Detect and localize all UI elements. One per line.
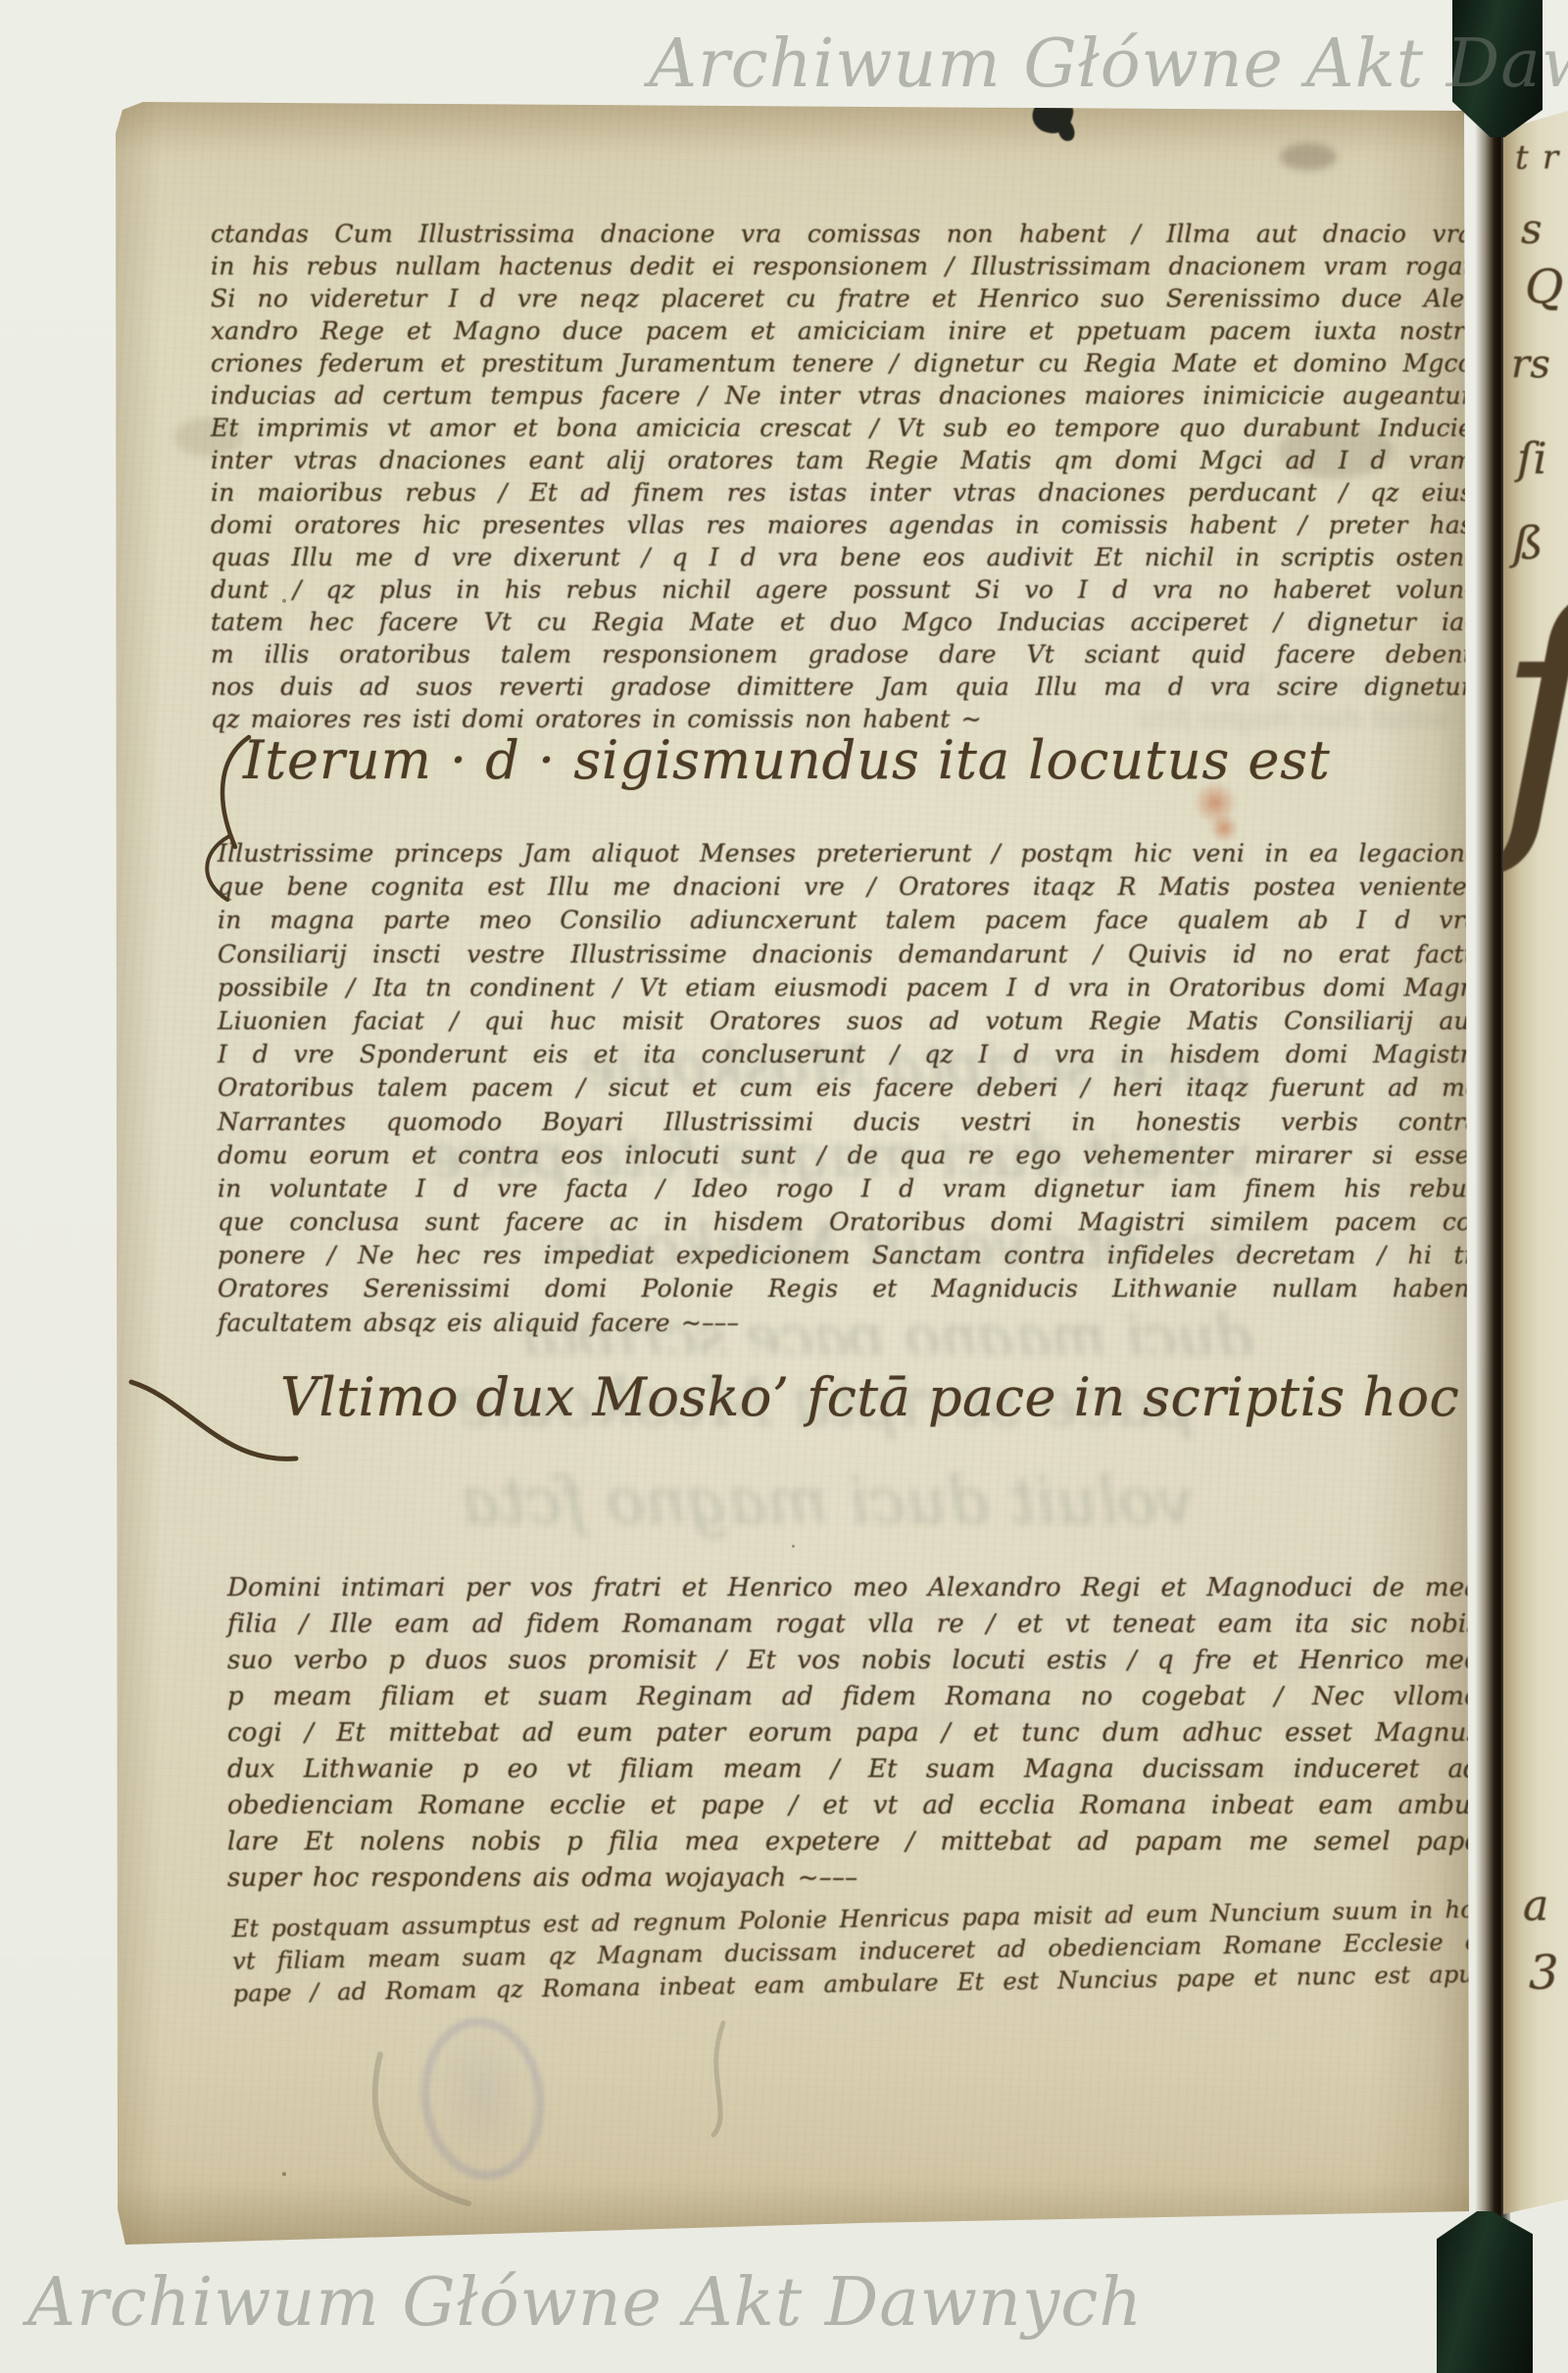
- smudge: [1280, 143, 1337, 171]
- manuscript-line: in voluntate I d vre facta / Ideo rogo I…: [218, 1172, 1480, 1206]
- speck: [792, 1545, 795, 1548]
- pen-stroke-fragment: rs: [1511, 342, 1550, 387]
- manuscript-line: I d vre Sponderunt eis et ita concluseru…: [218, 1038, 1480, 1071]
- pen-stroke-fragment: ſ: [1503, 542, 1568, 884]
- paper-top-edge-shade: [116, 94, 1487, 153]
- manuscript-line: criones federum et prestitum Juramentum …: [211, 347, 1473, 379]
- manuscript-line: in maioribus rebus / Et ad finem res ist…: [211, 476, 1473, 509]
- manuscript-line: inducias ad certum tempus facere / Ne in…: [211, 379, 1473, 412]
- facing-page-edge: t rsQrsſißſa3: [1503, 111, 1568, 2214]
- manuscript-line: filia / Ille eam ad fidem Romanam rogat …: [227, 1607, 1480, 1643]
- manuscript-line: facultatem absqz eis aliquid facere ~–––: [218, 1307, 1480, 1340]
- manuscript-line: cogi / Et mittebat ad eum pater eorum pa…: [227, 1715, 1480, 1752]
- manuscript-line: p meam filiam et suam Reginam ad fidem R…: [227, 1679, 1480, 1715]
- margin-bracket-flourish: [194, 833, 235, 904]
- manuscript-line: m illis oratoribus talem responsionem gr…: [211, 638, 1473, 670]
- archive-watermark-top: Archiwum Główne Akt Dawnych: [649, 25, 1568, 103]
- pen-stroke-fragment: Q: [1525, 260, 1564, 315]
- pen-stroke-fragment: 3: [1529, 1946, 1559, 2001]
- paragraph-block-1: ctandas Cum Illustrissima dnacione vra c…: [211, 218, 1473, 735]
- archive-watermark-bottom: Archiwum Główne Akt Dawnych: [27, 2264, 1143, 2342]
- paper-bottom-edge-shade: [116, 2180, 1487, 2249]
- manuscript-line: tatem hec facere Vt cu Regia Mate et duo…: [211, 606, 1473, 638]
- pen-stroke-fragment: t r: [1515, 138, 1558, 177]
- paper-left-edge-shade: [116, 94, 161, 2249]
- section-heading-ultimo: Vltimo dux Mosko’ fctā pace in scriptis …: [280, 1366, 1568, 1428]
- section-heading-iterum: Iterum · d · sigismundus ita locutus est: [243, 729, 1331, 791]
- manuscript-line: possibile / Ita tn condinent / Vt etiam …: [218, 971, 1480, 1005]
- manuscript-line: Domini intimari per vos fratri et Henric…: [227, 1570, 1480, 1607]
- manuscript-line: Liuonien faciat / qui huc misit Oratores…: [218, 1005, 1480, 1038]
- manuscript-line: Si no videretur I d vre neqz placeret cu…: [211, 282, 1473, 315]
- speck: [282, 2172, 286, 2176]
- manuscript-line: que conclusa sunt facere ac in hisdem Or…: [218, 1206, 1480, 1239]
- manuscript-line: Oratoribus talem pacem / sicut et cum ei…: [218, 1071, 1480, 1105]
- binding-cloth-bottom: [1437, 2211, 1533, 2373]
- manuscript-line: suo verbo p duos suos promisit / Et vos …: [227, 1643, 1480, 1679]
- manuscript-line: dux Lithwanie p eo vt filiam meam / Et s…: [227, 1752, 1480, 1788]
- manuscript-line: inter vtras dnaciones eant alij oratores…: [211, 444, 1473, 476]
- pen-flourish: [127, 1370, 304, 1483]
- paragraph-block-4: Et postquam assumptus est ad regnum Polo…: [231, 1894, 1489, 2010]
- manuscript-line: obedienciam Romane ecclie et pape / et v…: [227, 1788, 1480, 1824]
- manuscript-line: quas Illu me d vre dixerunt / q I d vra …: [211, 541, 1473, 573]
- manuscript-line: Et imprimis vt amor et bona amicicia cre…: [211, 412, 1473, 444]
- manuscript-line: in magna parte meo Consilio adiuncxerunt…: [218, 904, 1480, 937]
- manuscript-line: dunt / qz plus in his rebus nichil agere…: [211, 573, 1473, 606]
- manuscript-line: nos duis ad suos reverti gradose dimitte…: [211, 670, 1473, 703]
- manuscript-line: Consiliarij inscti vestre Illustrissime …: [218, 938, 1480, 971]
- faint-pen-stroke: [351, 2045, 566, 2221]
- pen-stroke-fragment: a: [1523, 1881, 1548, 1931]
- manuscript-line: Illustrissime princeps Jam aliquot Mense…: [218, 837, 1480, 870]
- manuscript-line: ponere / Ne hec res impediat expedicione…: [218, 1239, 1480, 1272]
- manuscript-line: in his rebus nullam hactenus dedit ei re…: [211, 250, 1473, 282]
- archive-scan: pace scripta Moskouie voluit duci magno …: [0, 0, 1568, 2373]
- manuscript-line: super hoc respondens ais odma wojayach ~…: [227, 1860, 1480, 1897]
- manuscript-line: Narrantes quomodo Boyari Illustrissimi d…: [218, 1106, 1480, 1139]
- paragraph-block-3: Domini intimari per vos fratri et Henric…: [227, 1570, 1480, 1897]
- paragraph-block-2: Illustrissime princeps Jam aliquot Mense…: [218, 837, 1480, 1340]
- pen-stroke-fragment: ſi: [1517, 434, 1547, 484]
- pen-stroke-fragment: s: [1521, 205, 1543, 253]
- manuscript-line: lare Et nolens nobis p filia mea expeter…: [227, 1824, 1480, 1860]
- manuscript-line: Oratores Serenissimi domi Polonie Regis …: [218, 1272, 1480, 1306]
- manuscript-line: domi oratores hic presentes vllas res ma…: [211, 509, 1473, 541]
- manuscript-page: pace scripta Moskouie voluit duci magno …: [116, 94, 1487, 2249]
- manuscript-line: domu eorum et contra eos inlocuti sunt /…: [218, 1139, 1480, 1172]
- manuscript-line: xandro Rege et Magno duce pacem et amici…: [211, 315, 1473, 347]
- manuscript-line: que bene cognita est Illu me dnacioni vr…: [218, 870, 1480, 904]
- manuscript-line: ctandas Cum Illustrissima dnacione vra c…: [211, 218, 1473, 250]
- faint-pen-stroke: [664, 2015, 782, 2143]
